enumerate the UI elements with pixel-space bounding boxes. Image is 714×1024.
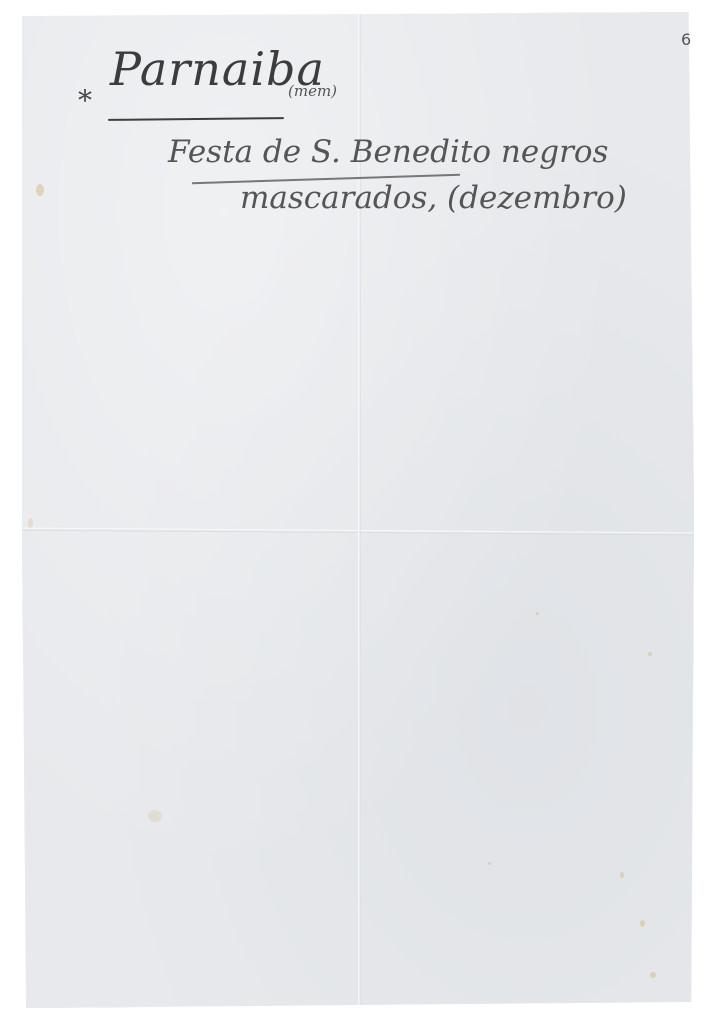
foxing-stain [620, 872, 624, 878]
foxing-stain [148, 810, 162, 822]
heading-note: (mem) [288, 82, 337, 100]
foxing-stain [28, 518, 33, 528]
asterisk-marker: * [78, 84, 92, 117]
foxing-stain [648, 652, 652, 656]
foxing-stain [488, 862, 491, 865]
foxing-stain [650, 972, 656, 978]
note-line-2: mascarados, (dezembro) [240, 180, 627, 216]
page-number: 6 [681, 30, 691, 49]
foxing-stain [36, 184, 44, 196]
foxing-stain [640, 920, 645, 927]
foxing-stain [536, 612, 539, 615]
note-line-1: Festa de S. Benedito negros [168, 134, 608, 170]
